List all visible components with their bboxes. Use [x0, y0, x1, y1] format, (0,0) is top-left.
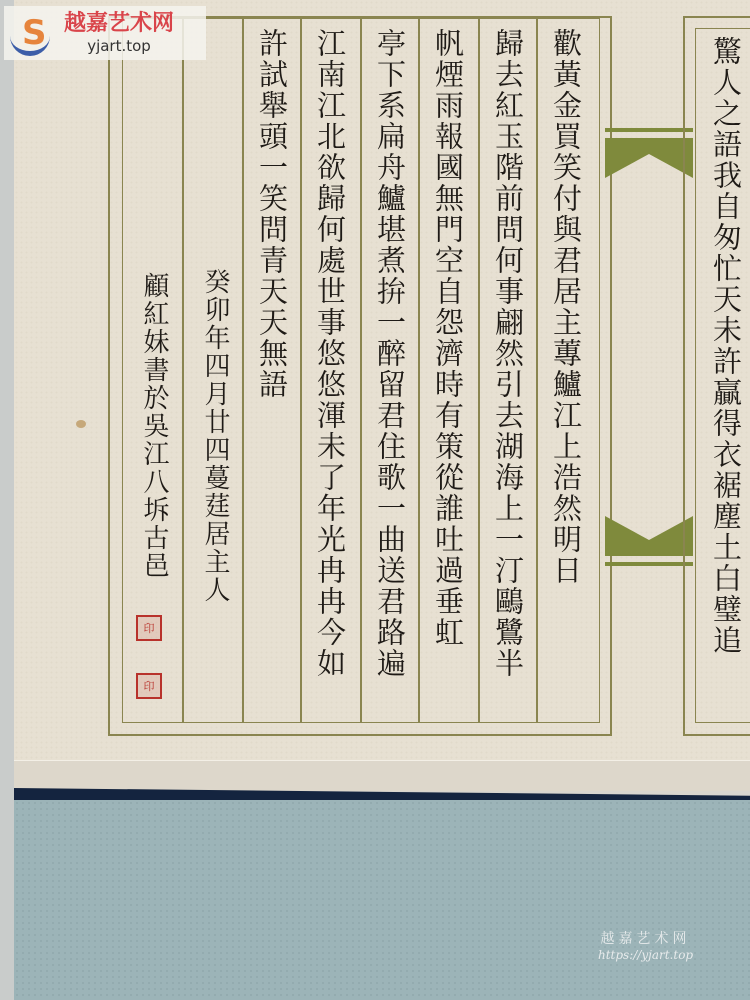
column-rule [182, 18, 184, 723]
blue-mount-background [14, 800, 750, 1000]
left-edge-margin [0, 0, 14, 1000]
text-column-3: 帆煙雨報國無門空自怨濟時有策從誰吐過垂虹 [428, 28, 468, 648]
text-column-5: 江南江北欲歸何處世事悠悠渾未了年光冉冉今如 [310, 28, 350, 679]
text-column-4: 亭下系扁舟鱸堪煮拚一醉留君住歌一曲送君路遍 [370, 28, 410, 679]
yjart-logo-icon: S [8, 11, 60, 55]
watermark-bottom-brand: 越嘉艺术网 [598, 928, 693, 948]
ribbon-top-bar [605, 128, 693, 132]
green-ribbon-divider [605, 128, 693, 568]
ribbon-bottom-chevron [605, 516, 693, 556]
watermark-bottom: 越嘉艺术网 https://yjart.top [598, 928, 693, 962]
red-seal-icon: 印 [136, 615, 162, 641]
column-rule [242, 18, 244, 723]
text-column-2: 歸去紅玉階前問何事翩然引去湖海上一汀鷗鷺半 [488, 28, 528, 679]
column-rule [418, 18, 420, 723]
ribbon-top-chevron [605, 138, 693, 178]
ribbon-bottom-bar [605, 562, 693, 566]
right-panel-text-column: 驚人之語我自匆忙天未許贏得衣裾塵土白璧追 [702, 36, 746, 656]
watermark-bottom-url: https://yjart.top [598, 948, 693, 962]
column-rule [536, 18, 538, 723]
paper-stain [76, 420, 86, 428]
column-rule [360, 18, 362, 723]
paper-bottom-strip [14, 760, 750, 791]
date-signature-column: 癸卯年四月廿四蔓莛居主人 [192, 268, 232, 604]
red-seal-icon: 印 [136, 673, 162, 699]
text-column-1: 歡黃金買笑付與君居主蓴鱸江上浩然明日 [546, 28, 586, 586]
watermark-url: yjart.top [87, 37, 151, 55]
watermark-brand: 越嘉艺术网 [64, 11, 174, 37]
column-rule [478, 18, 480, 723]
artist-signature-column: 顧紅妹書於吳江八坼古邑 [132, 272, 172, 580]
text-column-6: 許試舉頭一笑問青天天無語 [252, 28, 292, 400]
column-rule [300, 18, 302, 723]
watermark-top: S 越嘉艺术网 yjart.top [4, 6, 206, 60]
